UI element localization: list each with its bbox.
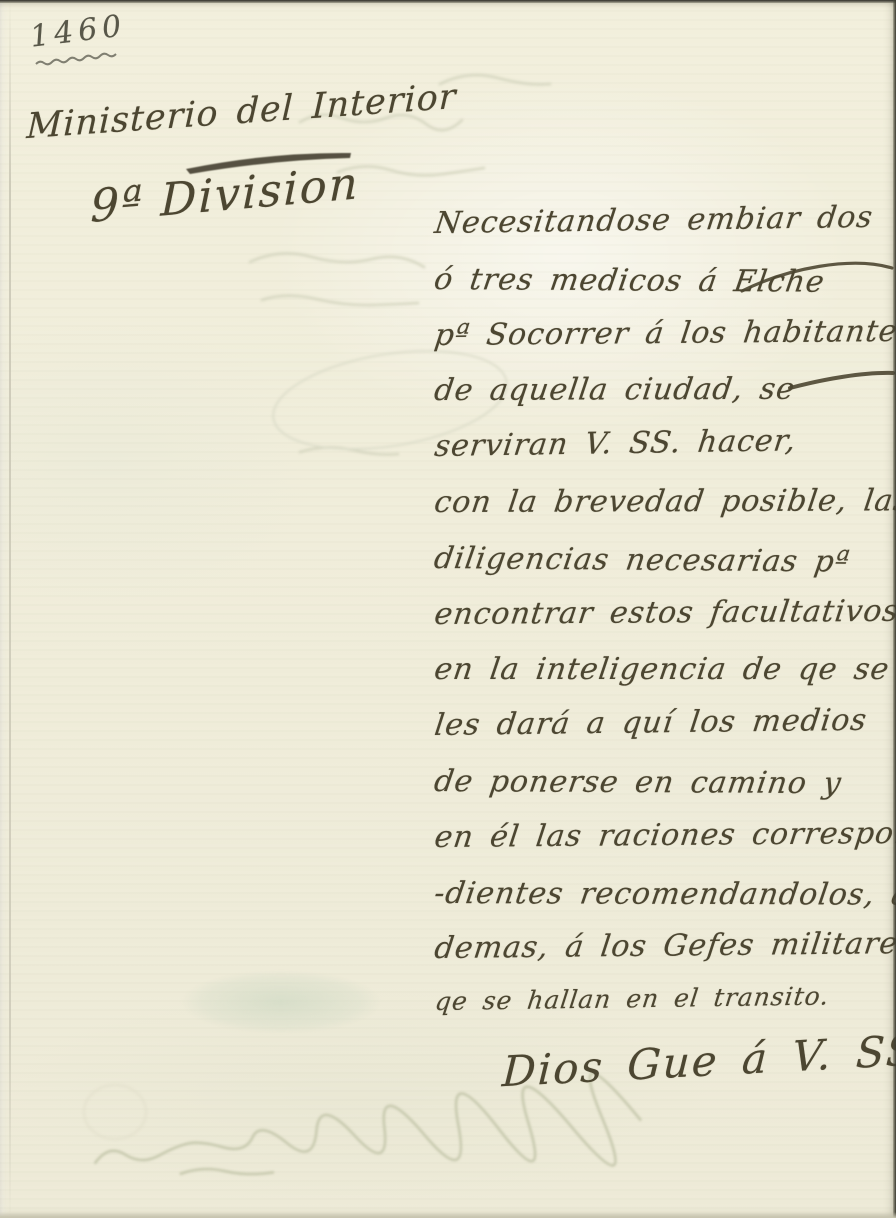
manuscript-line: de aquella ciudad, se (429, 372, 896, 429)
paper-stain (148, 960, 414, 1044)
bleed-through-squiggle (262, 296, 418, 305)
manuscript-line: de ponerse en camino y (429, 764, 896, 822)
bleed-through-mirror-writing (181, 1167, 273, 1177)
manuscript-page: 1460 Ministerio del Interior 9ª Division… (0, 0, 896, 1218)
manuscript-line: serviran V. SS. hacer, (430, 422, 896, 485)
bleed-through-squiggle (250, 253, 424, 267)
manuscript-line: pª Socorrer á los habitantes (430, 314, 896, 374)
ministry-header: Ministerio del Interior (26, 77, 457, 147)
page-edge-bottom (0, 1212, 896, 1218)
bleed-through-ring (84, 1085, 146, 1139)
manuscript-line: demas, á los Gefes militares (430, 927, 896, 988)
manuscript-line: encontrar estos facultativos (430, 593, 896, 652)
division-header: 9ª Division (90, 156, 360, 233)
bleed-through-squiggle (300, 447, 398, 454)
page-left-crease (9, 0, 11, 1218)
manuscript-line: -dientes recomendandolos, á (429, 876, 896, 933)
manuscript-line: les dará a quí los medios (430, 703, 896, 765)
archive-number: 1460 (28, 8, 128, 54)
manuscript-line: con la brevedad posible, las (429, 483, 896, 540)
manuscript-line: en él las raciones correspon- (430, 816, 896, 876)
manuscript-line: diligencias necesarias pª (429, 541, 896, 601)
archive-number-underline (36, 54, 116, 65)
manuscript-body: Necesitandose embiar dos ó tres medicos … (437, 206, 896, 1043)
manuscript-line: ó tres medicos á Elche (429, 262, 896, 321)
manuscript-line: Necesitandose embiar dos (430, 200, 896, 262)
manuscript-line: en la inteligencia de qe se (429, 652, 896, 708)
page-edge-top (0, 0, 896, 3)
